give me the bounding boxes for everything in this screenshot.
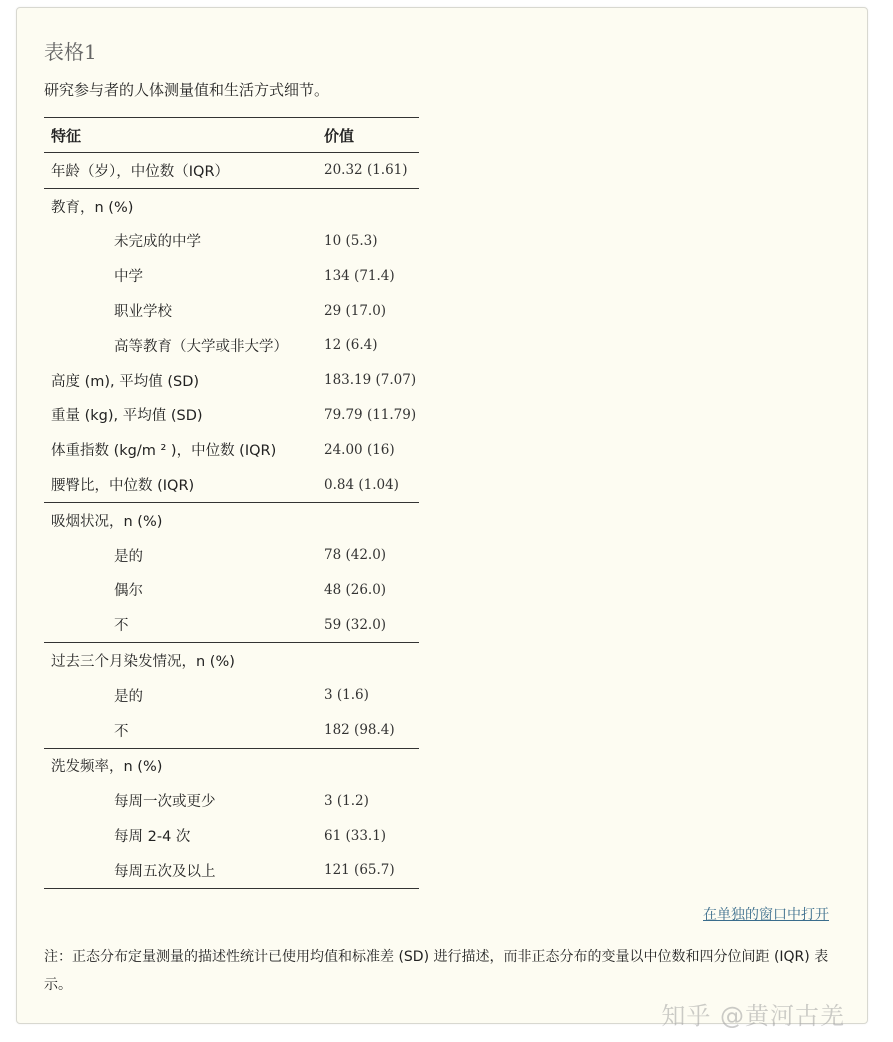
table-row: 不182 (98.4) xyxy=(44,713,419,748)
row-label: 中学 xyxy=(44,258,317,293)
watermark: 知乎 @黄河古羌 xyxy=(661,996,845,1031)
row-value: 183.19 (7.07) xyxy=(317,363,419,398)
table-row: 体重指数 (kg/m ² )，中位数 (IQR)24.00 (16) xyxy=(44,432,419,467)
row-value: 48 (26.0) xyxy=(317,573,419,608)
row-value: 134 (71.4) xyxy=(317,258,419,293)
row-label: 职业学校 xyxy=(44,293,317,328)
row-label: 过去三个月染发情况，n (%) xyxy=(44,643,317,678)
table-row: 重量 (kg), 平均值 (SD)79.79 (11.79) xyxy=(44,398,419,433)
row-value: 29 (17.0) xyxy=(317,293,419,328)
table-row: 每周 2-4 次61 (33.1) xyxy=(44,818,419,853)
row-value: 59 (32.0) xyxy=(317,607,419,642)
table-row: 过去三个月染发情况，n (%) xyxy=(44,643,419,678)
row-label: 教育，n (%) xyxy=(44,188,317,223)
table-row: 是的78 (42.0) xyxy=(44,538,419,573)
row-value: 121 (65.7) xyxy=(317,853,419,888)
row-value: 3 (1.2) xyxy=(317,783,419,818)
row-label: 腰臀比，中位数 (IQR) xyxy=(44,467,317,502)
row-label: 体重指数 (kg/m ² )，中位数 (IQR) xyxy=(44,432,317,467)
table-body: 年龄（岁），中位数（IQR）20.32 (1.61)教育，n (%)未完成的中学… xyxy=(44,153,419,889)
table-header-row: 特征 价值 xyxy=(44,118,419,153)
table-caption: 研究参与者的人体测量值和生活方式细节。 xyxy=(44,79,329,100)
row-label: 洗发频率，n (%) xyxy=(44,748,317,783)
table-row: 腰臀比，中位数 (IQR)0.84 (1.04) xyxy=(44,467,419,502)
row-label: 吸烟状况，n (%) xyxy=(44,502,317,537)
row-label: 每周五次及以上 xyxy=(44,853,317,888)
table-row: 是的3 (1.6) xyxy=(44,678,419,713)
table-title: 表格1 xyxy=(44,36,97,65)
row-value: 79.79 (11.79) xyxy=(317,398,419,433)
row-value: 20.32 (1.61) xyxy=(317,153,419,189)
row-value xyxy=(317,502,419,537)
table-row: 每周一次或更少3 (1.2) xyxy=(44,783,419,818)
row-label: 年龄（岁），中位数（IQR） xyxy=(44,153,317,189)
row-label: 每周一次或更少 xyxy=(44,783,317,818)
row-label: 重量 (kg), 平均值 (SD) xyxy=(44,398,317,433)
row-value: 3 (1.6) xyxy=(317,678,419,713)
row-value: 12 (6.4) xyxy=(317,328,419,363)
open-in-new-window-link[interactable]: 在单独的窗口中打开 xyxy=(703,904,829,924)
table-row: 不59 (32.0) xyxy=(44,607,419,642)
table-row: 偶尔48 (26.0) xyxy=(44,573,419,608)
row-value: 10 (5.3) xyxy=(317,224,419,259)
table-row: 吸烟状况，n (%) xyxy=(44,502,419,537)
data-table: 特征 价值 年龄（岁），中位数（IQR）20.32 (1.61)教育，n (%)… xyxy=(44,117,419,889)
table-row: 未完成的中学10 (5.3) xyxy=(44,224,419,259)
row-value: 0.84 (1.04) xyxy=(317,467,419,502)
row-value: 78 (42.0) xyxy=(317,538,419,573)
table-row: 教育，n (%) xyxy=(44,188,419,223)
row-value xyxy=(317,188,419,223)
row-label: 高度 (m), 平均值 (SD) xyxy=(44,363,317,398)
table-card: 表格1 研究参与者的人体测量值和生活方式细节。 特征 价值 年龄（岁），中位数（… xyxy=(16,7,868,1024)
row-label: 每周 2-4 次 xyxy=(44,818,317,853)
row-value: 182 (98.4) xyxy=(317,713,419,748)
table-row: 每周五次及以上121 (65.7) xyxy=(44,853,419,888)
header-feature: 特征 xyxy=(44,118,317,153)
table-row: 高度 (m), 平均值 (SD)183.19 (7.07) xyxy=(44,363,419,398)
row-label: 是的 xyxy=(44,678,317,713)
row-label: 不 xyxy=(44,713,317,748)
table-row: 洗发频率，n (%) xyxy=(44,748,419,783)
table-row: 职业学校29 (17.0) xyxy=(44,293,419,328)
row-value: 61 (33.1) xyxy=(317,818,419,853)
table-row: 中学134 (71.4) xyxy=(44,258,419,293)
row-value: 24.00 (16) xyxy=(317,432,419,467)
table-row: 年龄（岁），中位数（IQR）20.32 (1.61) xyxy=(44,153,419,189)
row-label: 是的 xyxy=(44,538,317,573)
header-value: 价值 xyxy=(317,118,419,153)
row-value xyxy=(317,748,419,783)
table-row: 高等教育（大学或非大学）12 (6.4) xyxy=(44,328,419,363)
row-value xyxy=(317,643,419,678)
row-label: 未完成的中学 xyxy=(44,224,317,259)
table-footnote: 注：正态分布定量测量的描述性统计已使用均值和标准差 (SD) 进行描述，而非正态… xyxy=(44,943,844,999)
row-label: 不 xyxy=(44,607,317,642)
row-label: 偶尔 xyxy=(44,573,317,608)
row-label: 高等教育（大学或非大学） xyxy=(44,328,317,363)
